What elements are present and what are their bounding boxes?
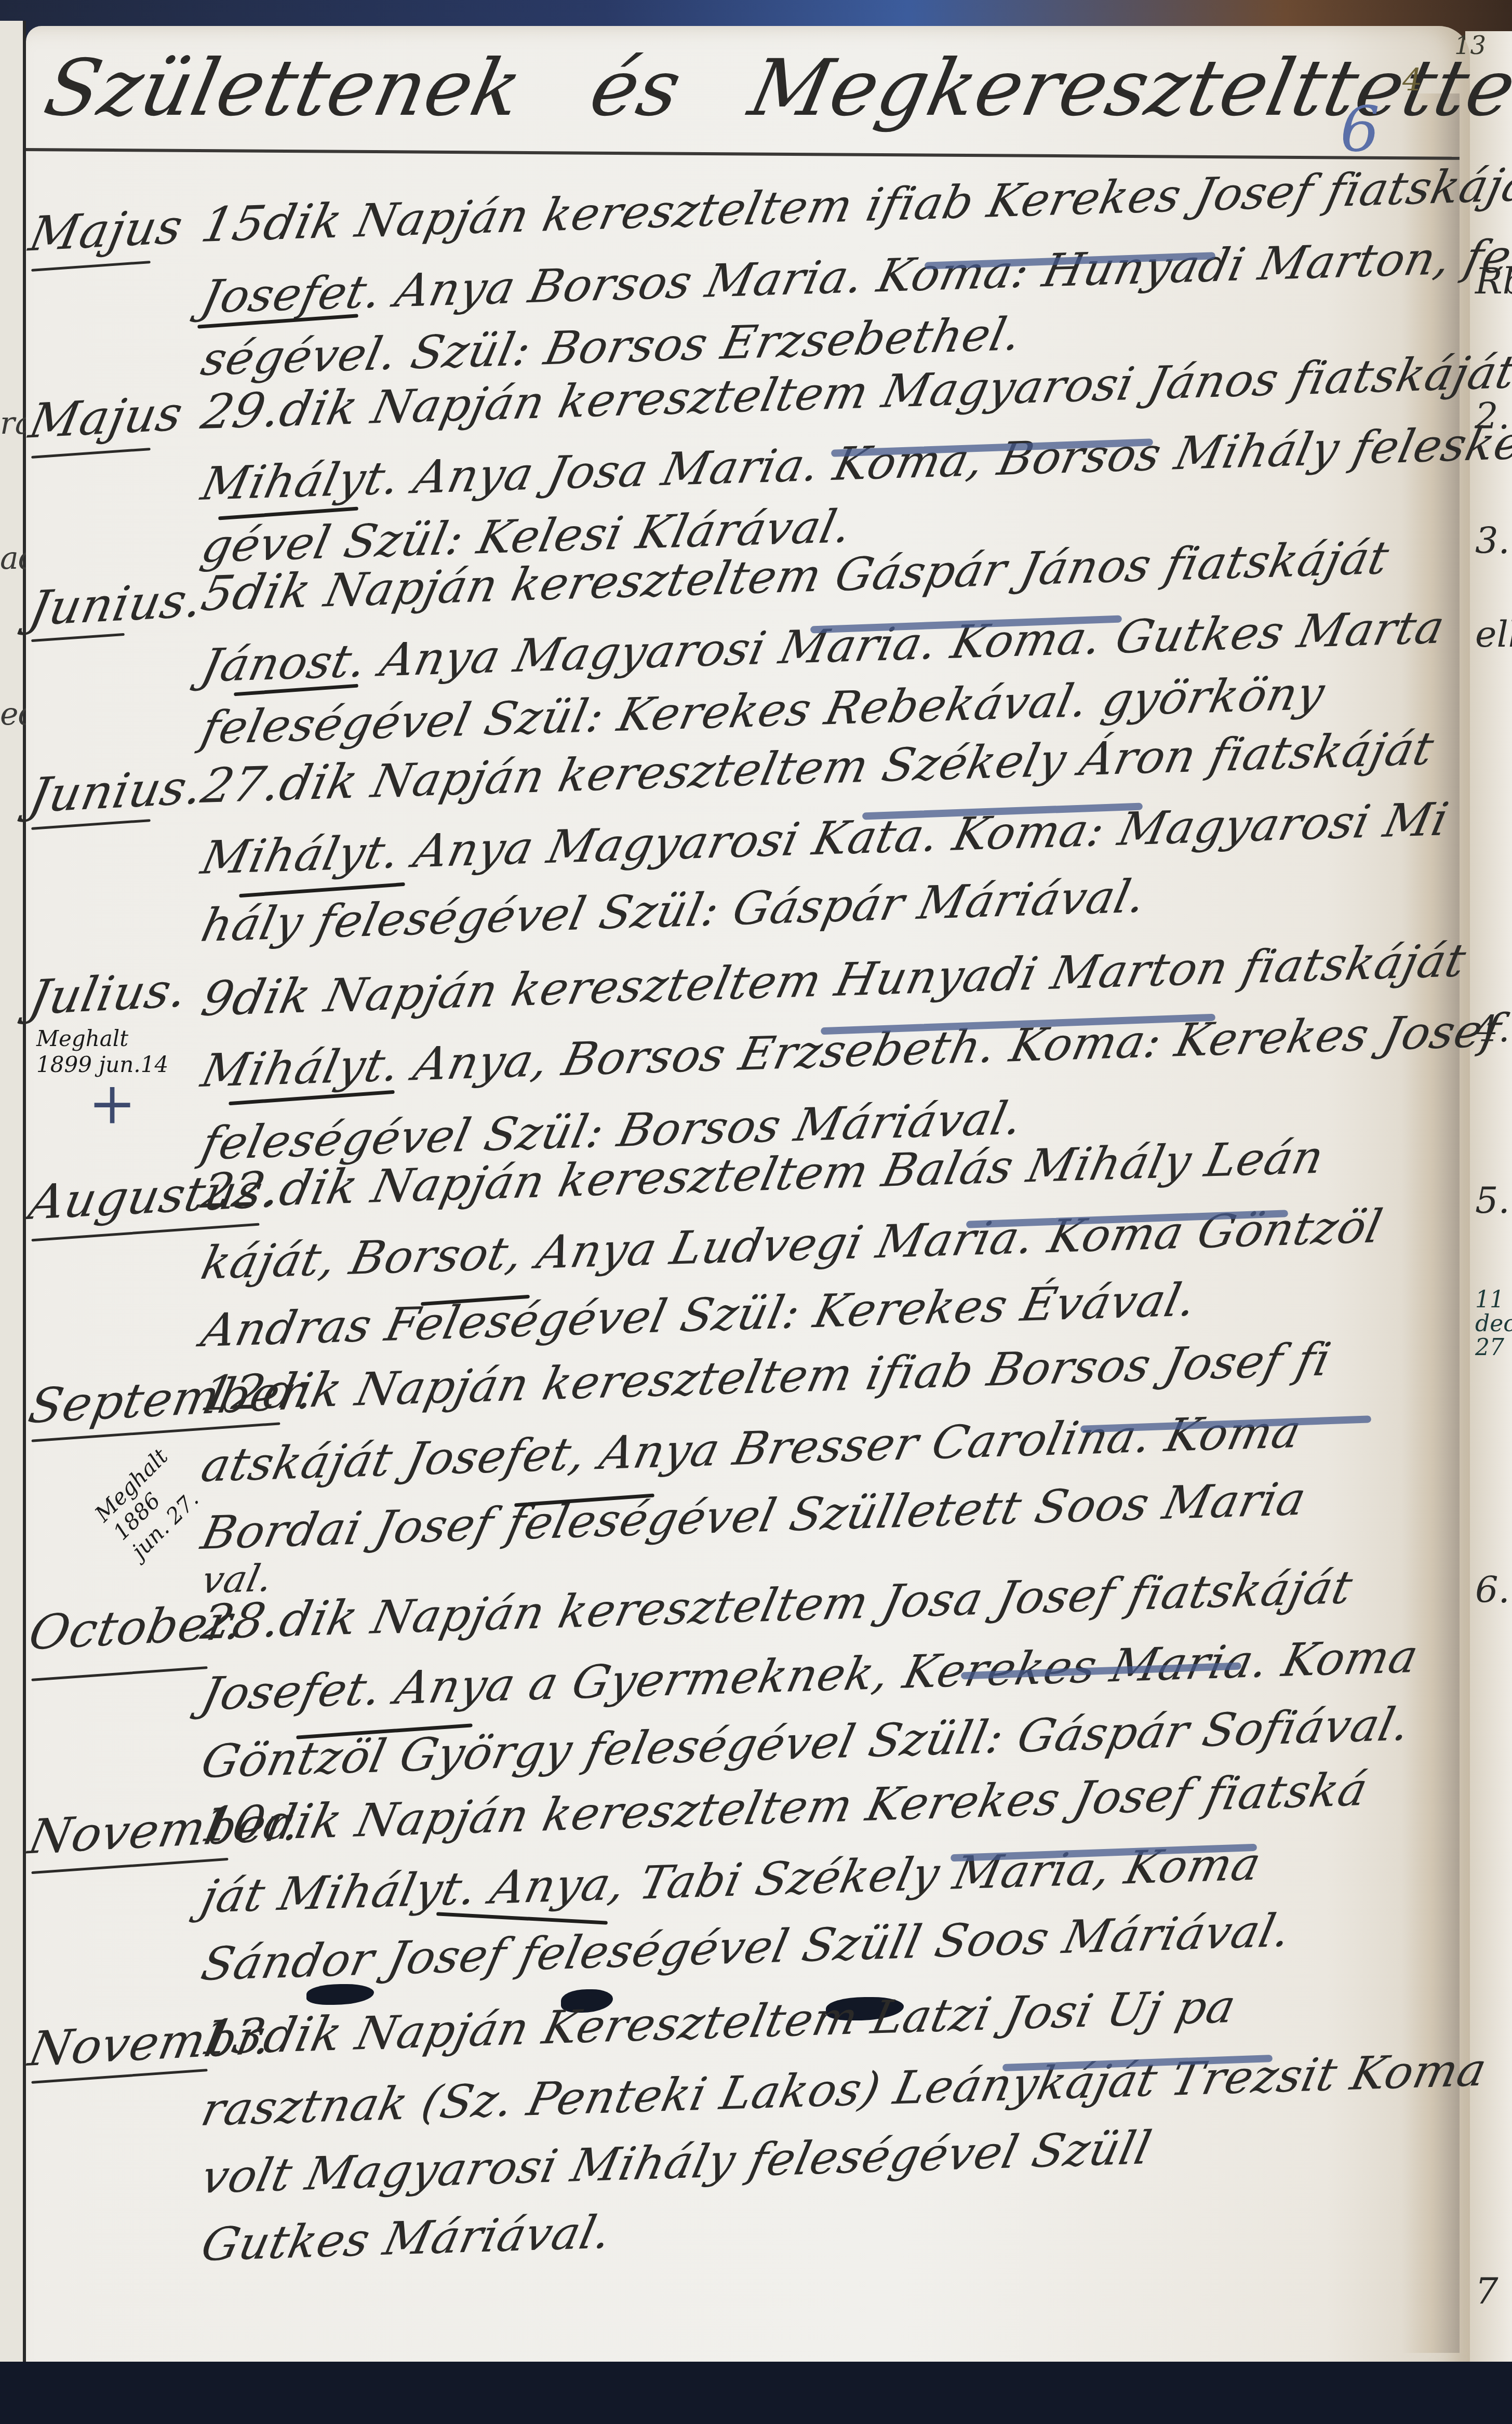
previous-page-edge: ra ad ed [0,21,26,2389]
right-margin-fragment: ell [1475,613,1512,655]
entry-day: 15dik [196,193,347,253]
entry-month: Junius. [25,759,208,824]
page-number-corner: 13 [1454,31,1486,60]
right-margin-note: 11 dec 27 [1475,1288,1512,1360]
entry-day: 10dik [196,1793,347,1853]
page-title: Születtenek és Megkeresztelttettenek. [38,47,1512,130]
title-conjunction: és [583,43,689,133]
right-margin-number: 4. [1475,1008,1510,1050]
right-margin-number: 2. [1475,395,1510,437]
entry-month: Majus [25,199,188,262]
entry-day: 27.dik [196,754,364,814]
right-margin-number: 3. [1475,519,1510,562]
death-cross-icon: + [88,1070,136,1136]
entry-month: Julius. [25,962,192,1025]
page-number-small: 4 [1402,62,1422,99]
entry-day: 9dik [196,968,316,1027]
entry-day: 12dik [196,1362,347,1422]
entry-month: Junius. [25,572,208,637]
entry-day: 13dik [196,2006,347,2066]
title-left: Születtenek [37,43,530,133]
entry-day: 29.dik [196,380,364,440]
entry-month: Majus [25,386,188,449]
page-number-blue: 6 [1340,93,1380,166]
right-margin-number: 6. [1475,1569,1510,1611]
entry-day: 5dik [196,563,316,622]
right-margin-number: 5. [1475,1179,1510,1222]
entry-day: 28.dik [196,1590,364,1650]
title-right: Megkeresztelttettenek. [742,43,1512,133]
entry-day: 22.dik [196,1159,364,1219]
right-margin-number: 7 [1475,2270,1498,2312]
book-background-bottom [0,2362,1512,2424]
right-margin-number: Rby [1475,260,1512,302]
